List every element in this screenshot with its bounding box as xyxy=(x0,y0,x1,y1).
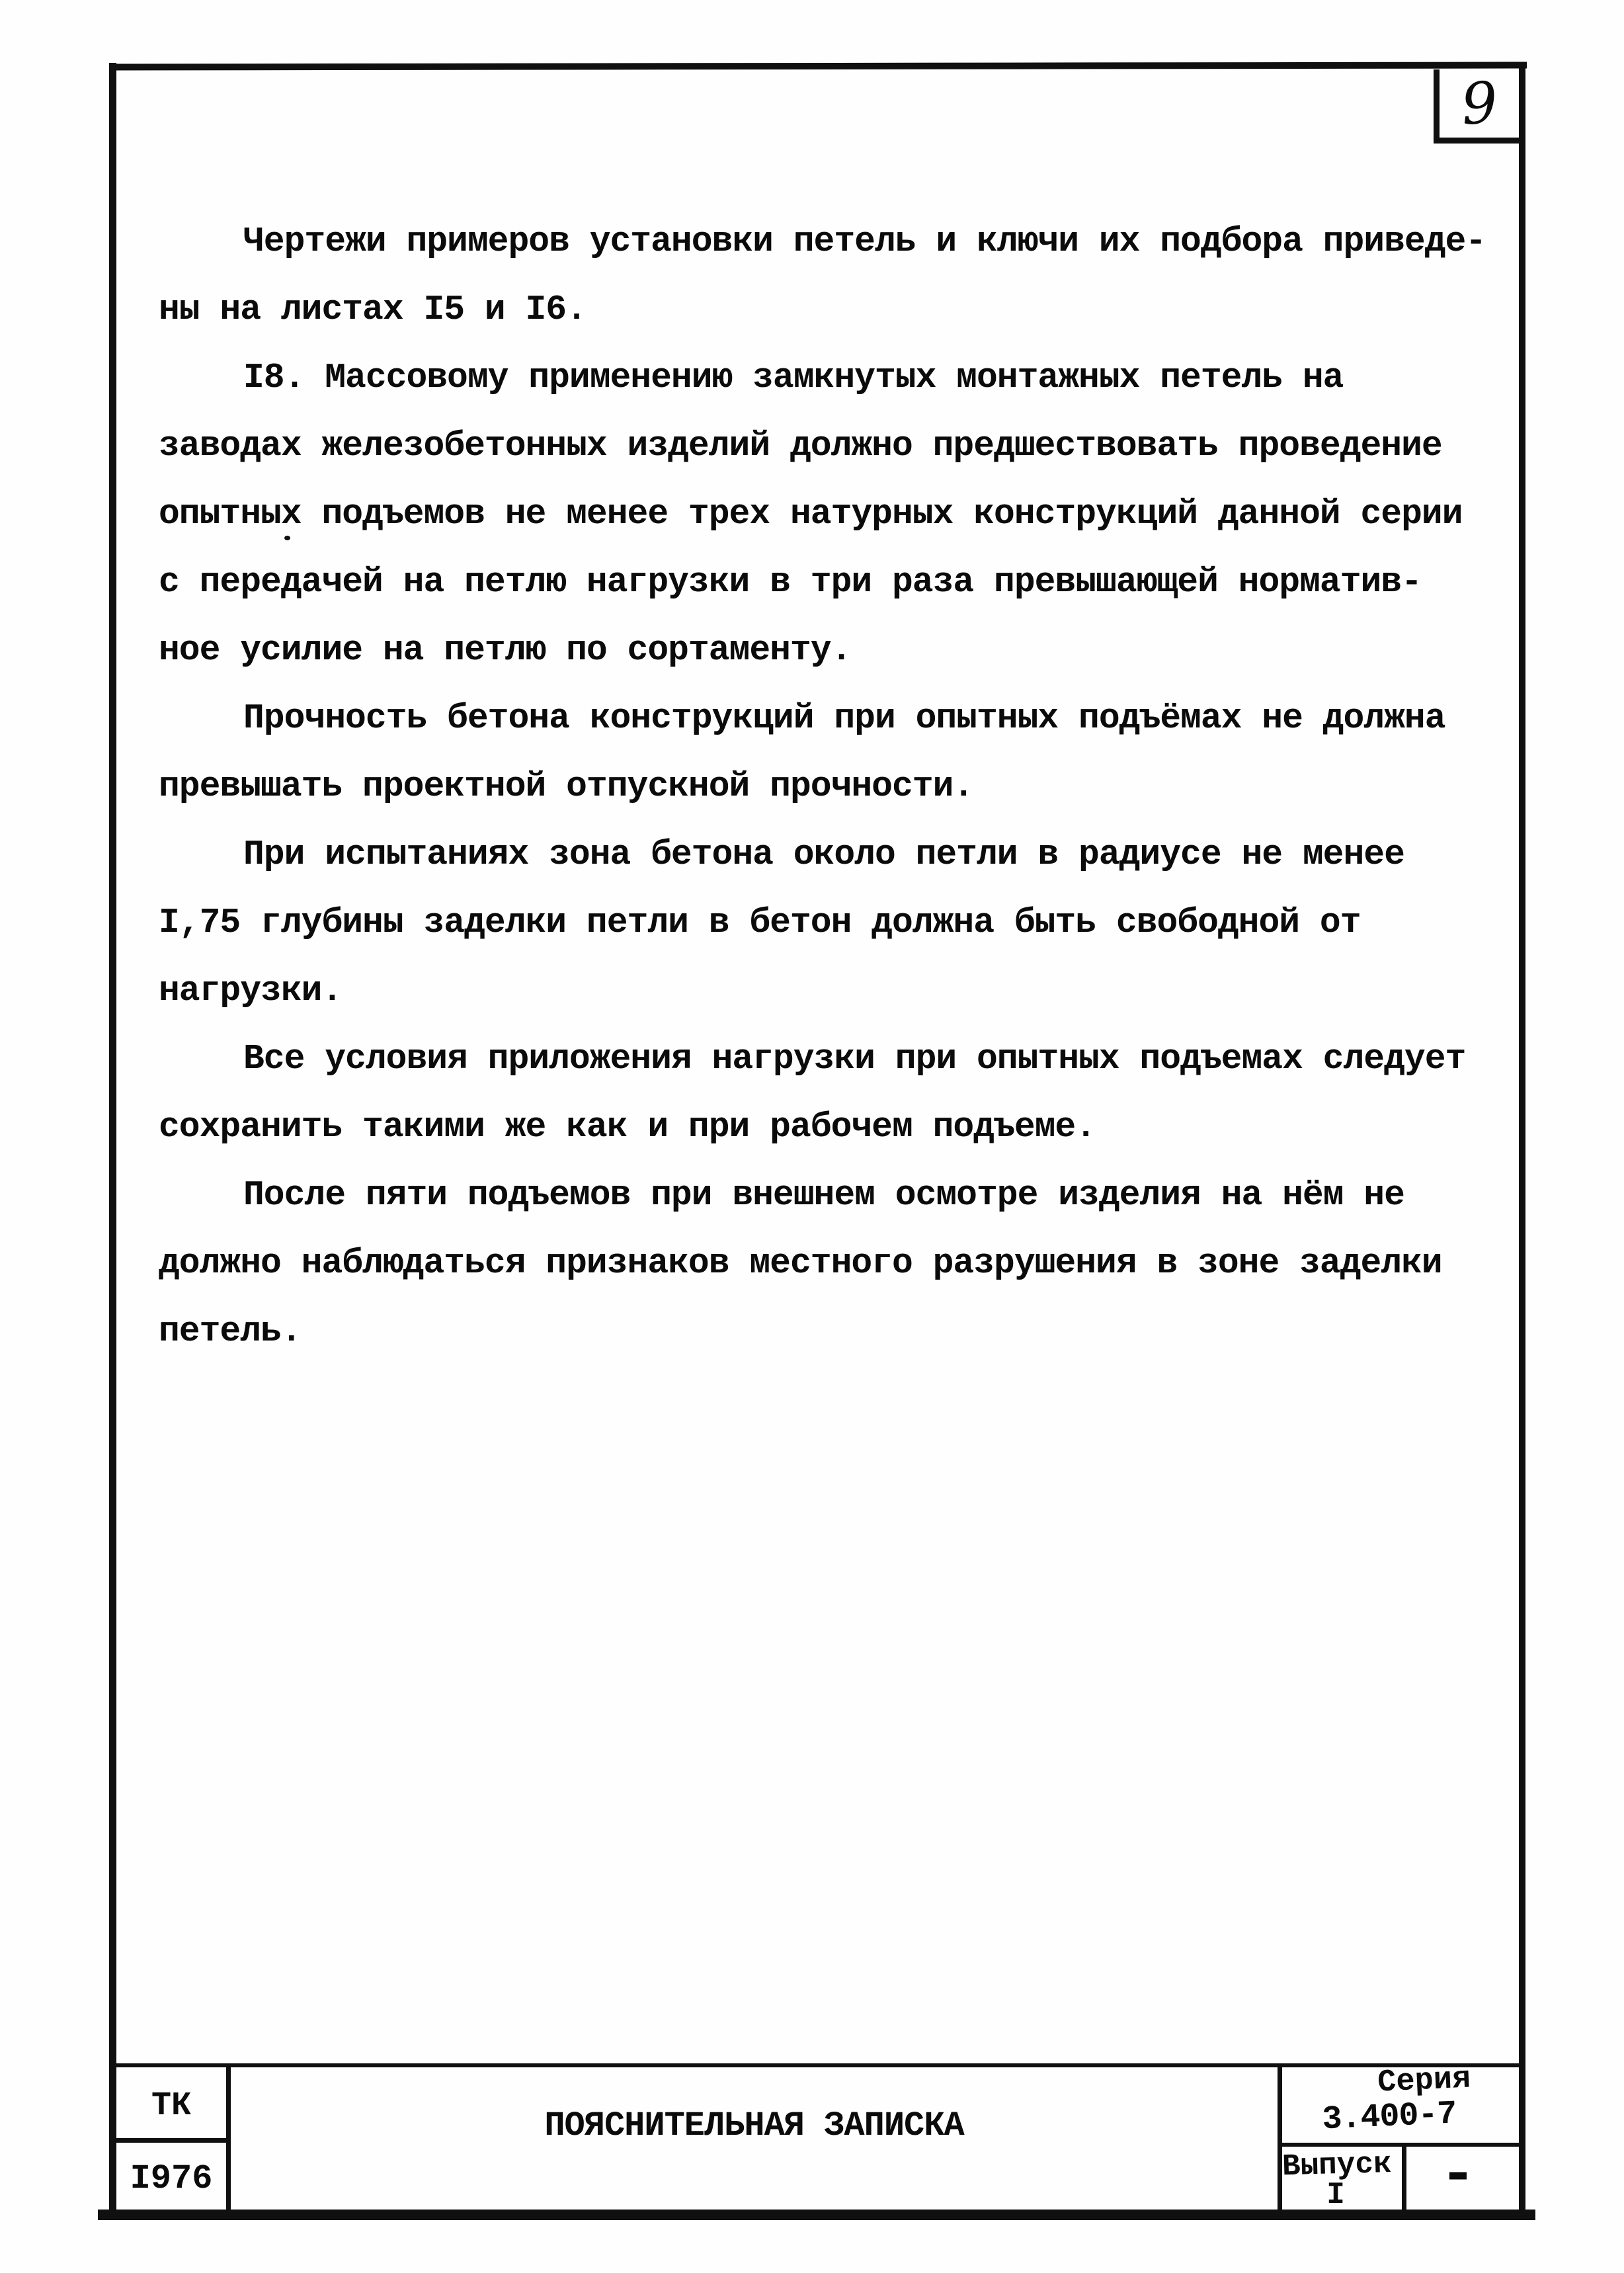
text-line: заводах железобетонных изделий должно пр… xyxy=(159,412,1561,480)
ink-speck xyxy=(284,536,290,540)
text-line: ны на листах I5 и I6. xyxy=(159,276,1561,344)
text-line: петель. xyxy=(159,1298,1561,1366)
text-line: ное усилие на петлю по сортаменту. xyxy=(159,616,1561,684)
series-cell: Серия 3.400-7 xyxy=(1283,2061,1520,2139)
text-line: с передачей на петлю нагрузки в три раза… xyxy=(159,548,1561,616)
text-line: После пяти подъемов при внешнем осмотре … xyxy=(159,1161,1561,1229)
sheet-dash: - xyxy=(1422,2153,1494,2199)
text-line: нагрузки. xyxy=(159,957,1561,1025)
titleblock-top-rule xyxy=(109,2063,1525,2067)
text-line: I,75 глубины заделки петли в бетон должн… xyxy=(159,889,1561,957)
text-line: Прочность бетона конструкций при опытных… xyxy=(159,684,1561,753)
document-title: ПОЯСНИТЕЛЬНАЯ ЗАПИСКА xyxy=(231,2106,1278,2147)
titleblock-right-divider xyxy=(1278,2063,1282,2214)
stamp-org: ТК xyxy=(116,2077,226,2136)
issue-number: I xyxy=(1313,2178,1359,2211)
page-number-box: 9 xyxy=(1434,69,1520,144)
text-line: При испытаниях зона бетона около петли в… xyxy=(159,821,1561,889)
text-line: опытных подъемов не менее трех натурных … xyxy=(159,480,1561,548)
titleblock-org-year-divider xyxy=(109,2138,231,2143)
text-line: превышать проектной отпускной прочности. xyxy=(159,753,1561,821)
text-line: I8. Массовому применению замкнутых монта… xyxy=(159,344,1561,412)
page-number: 9 xyxy=(1459,74,1500,134)
text-line: Чертежи примеров установки петель и ключ… xyxy=(159,208,1561,276)
page-border-left xyxy=(109,63,116,2219)
text-line: сохранить такими же как и при рабочем по… xyxy=(159,1093,1561,1161)
text-line: должно наблюдаться признаков местного ра… xyxy=(159,1229,1561,1298)
page-border-top xyxy=(109,62,1527,71)
scanned-page: 9 Чертежи примеров установки петель и кл… xyxy=(0,0,1624,2273)
stamp-year: I976 xyxy=(116,2149,226,2209)
text-line: Все условия приложения нагрузки при опыт… xyxy=(159,1025,1561,1093)
document-body: Чертежи примеров установки петель и ключ… xyxy=(159,208,1561,1366)
